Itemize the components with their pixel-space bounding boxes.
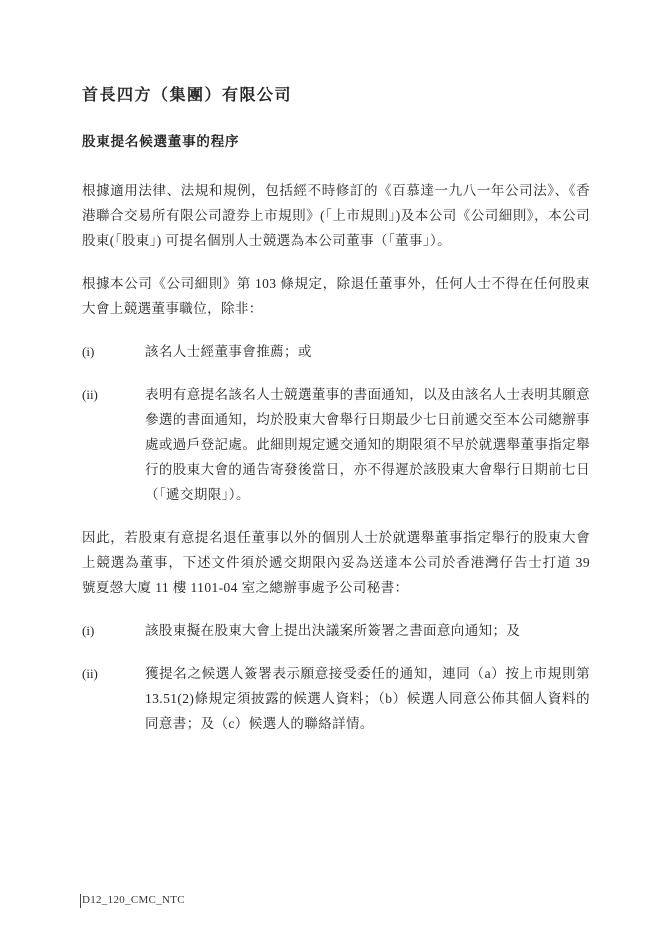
list-item-text: 獲提名之候選人簽署表示願意接受委任的通知，連同（a）按上市規則第 13.51(2…: [145, 661, 590, 736]
list-item: (i) 該名人士經董事會推薦；或: [82, 339, 590, 364]
list-item: (ii) 表明有意提名該名人士競選董事的書面通知，以及由該名人士表明其願意參選的…: [82, 382, 590, 507]
list-marker: (i): [82, 618, 145, 643]
footer-reference-code: D12_120_CMC_NTC: [82, 893, 185, 908]
footer-reference: D12_120_CMC_NTC: [80, 893, 185, 908]
footer-crop-mark: [80, 894, 81, 908]
document-page: 首長四方（集團）有限公司 股東提名候選董事的程序 根據適用法律、法規和規例，包括…: [0, 0, 672, 950]
list-item-text: 該名人士經董事會推薦；或: [145, 339, 590, 364]
list-item-text: 表明有意提名該名人士競選董事的書面通知，以及由該名人士表明其願意參選的書面通知，…: [145, 382, 590, 507]
list-marker: (i): [82, 339, 145, 364]
list-marker: (ii): [82, 382, 145, 507]
list-item: (i) 該股東擬在股東大會上提出決議案所簽署之書面意向通知；及: [82, 618, 590, 643]
list-marker: (ii): [82, 661, 145, 736]
section-heading: 股東提名候選董事的程序: [82, 133, 590, 151]
paragraph-legal-basis: 根據適用法律、法規和規例，包括經不時修訂的《百慕達一九八一年公司法》、《香港聯合…: [82, 178, 590, 253]
company-name-title: 首長四方（集團）有限公司: [82, 85, 590, 106]
paragraph-submission-address: 因此，若股東有意提名退任董事以外的個別人士於就選舉董事指定舉行的股東大會上競選為…: [82, 525, 590, 600]
paragraph-bylaw-103: 根據本公司《公司細則》第 103 條規定，除退任董事外，任何人士不得在任何股東大…: [82, 271, 590, 321]
list-item: (ii) 獲提名之候選人簽署表示願意接受委任的通知，連同（a）按上市規則第 13…: [82, 661, 590, 736]
list-item-text: 該股東擬在股東大會上提出決議案所簽署之書面意向通知；及: [145, 618, 590, 643]
